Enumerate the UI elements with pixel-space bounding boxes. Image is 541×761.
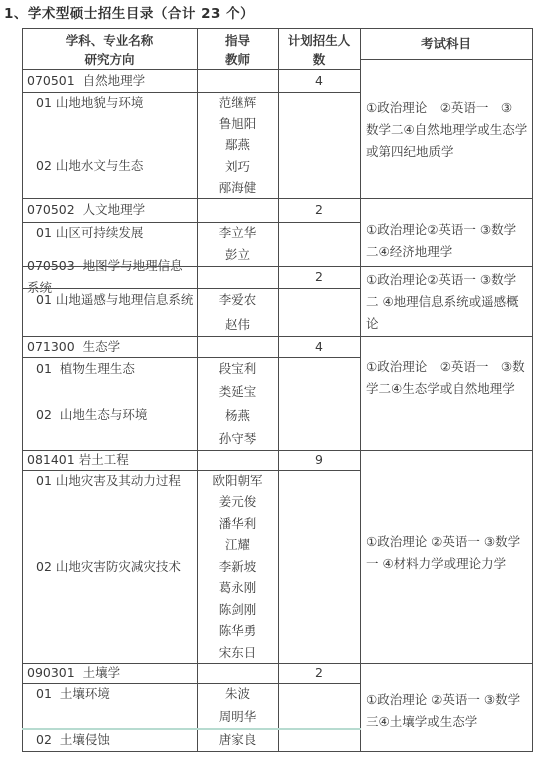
quota-value: 2 [279, 198, 359, 222]
direction-label: 01 土壤环境 [36, 683, 196, 706]
exam-subjects: ①政治理论 ②英语一 ③数学 一 ④材料力学或理论力学 [366, 531, 530, 575]
teacher-names: 李新坡 葛永刚 陈剑刚 陈华勇 宋东日 [198, 556, 277, 663]
grid-line-horizontal [22, 198, 533, 199]
teacher-names: 段宝利 类延宝 [198, 357, 277, 404]
exam-subjects: ①政治理论 ②英语一 ③数 学二④生态学或自然地理学 [366, 356, 530, 400]
grid-line-horizontal [22, 222, 361, 223]
grid-line-horizontal [22, 69, 361, 70]
teacher-names: 李立华 彭立 [198, 222, 277, 266]
grid-line-horizontal [360, 59, 533, 60]
document-page: 1、学术型硕士招生目录（合计 23 个） 学科、专业名称 研究方向 指导 教师 … [0, 0, 541, 761]
grid-line-horizontal [22, 683, 361, 684]
section-code: 090301 土壤学 [27, 663, 195, 683]
grid-line-horizontal [22, 357, 361, 358]
exam-subjects: ①政治理论②英语一 ③数学 二 ④地理信息系统或遥感概 论 [366, 269, 530, 335]
grid-line-vertical [532, 28, 533, 752]
exam-subjects: ①政治理论 ②英语一 ③ 数学二④自然地理学或生态学 或第四纪地质学 [366, 97, 530, 163]
direction-label: 01 山区可持续发展 [36, 222, 196, 244]
quota-value: 4 [279, 336, 359, 357]
grid-line-horizontal [22, 470, 361, 471]
header-cell-exam: 考试科目 [361, 29, 531, 59]
teacher-names: 杨燕 孙守琴 [198, 404, 277, 451]
section-code: 071300 生态学 [27, 336, 195, 357]
direction-label: 02 山地水文与生态 [36, 156, 196, 177]
direction-label: 02 土壤侵蚀 [36, 729, 196, 752]
page-title: 1、学术型硕士招生目录（合计 23 个） [4, 2, 254, 22]
grid-line-vertical [197, 28, 198, 752]
quota-value: 4 [279, 69, 359, 92]
header-cell-quota: 计划招生人 数 [279, 31, 359, 69]
quota-value: 2 [279, 266, 359, 288]
direction-label: 01 植物生理生态 [36, 357, 196, 380]
direction-label: 01 山地灾害及其动力过程 [36, 470, 196, 491]
quota-value: 2 [279, 663, 359, 683]
teacher-names: 刘巧 邴海健 [198, 156, 277, 198]
section-code: 081401 岩土工程 [27, 450, 195, 470]
teacher-names: 朱波 周明华 [198, 683, 277, 728]
grid-line-vertical [22, 28, 23, 752]
teacher-names: 李爱农 赵伟 [198, 288, 277, 337]
teacher-names: 欧阳朝军 姜元俊 潘华利 江耀 [198, 470, 277, 556]
divider-teal [22, 728, 361, 730]
grid-line-horizontal [22, 450, 533, 451]
teacher-names: 唐家良 [198, 729, 277, 752]
direction-label: 01 山地地貌与环境 [36, 92, 196, 113]
quota-value: 9 [279, 450, 359, 470]
grid-line-horizontal [22, 92, 361, 93]
grid-line-vertical [360, 28, 361, 752]
section-code: 070501 自然地理学 [27, 69, 195, 92]
grid-line-horizontal [22, 288, 361, 289]
grid-line-horizontal [22, 266, 533, 267]
header-cell-subject: 学科、专业名称 研究方向 [23, 31, 196, 69]
grid-line-horizontal [22, 336, 533, 337]
direction-label: 01 山地遥感与地理信息系统 [36, 288, 196, 313]
direction-label: 02 山地灾害防灾减灾技术 [36, 556, 196, 577]
section-code: 070503 地图学与地理信息系统 [27, 266, 195, 288]
header-cell-advisor: 指导 教师 [198, 31, 277, 69]
grid-line-horizontal [22, 28, 533, 29]
grid-line-horizontal [22, 663, 533, 664]
exam-subjects: ①政治理论②英语一 ③数学 二④经济地理学 [366, 219, 530, 263]
section-code: 070502 人文地理学 [27, 198, 195, 222]
grid-line-vertical [278, 28, 279, 752]
grid-line-horizontal [22, 751, 533, 752]
direction-label: 02 山地生态与环境 [36, 404, 196, 427]
exam-subjects: ①政治理论 ②英语一 ③数学 三④土壤学或生态学 [366, 689, 530, 733]
teacher-names: 范继辉 鲁旭阳 鄢燕 [198, 92, 277, 156]
